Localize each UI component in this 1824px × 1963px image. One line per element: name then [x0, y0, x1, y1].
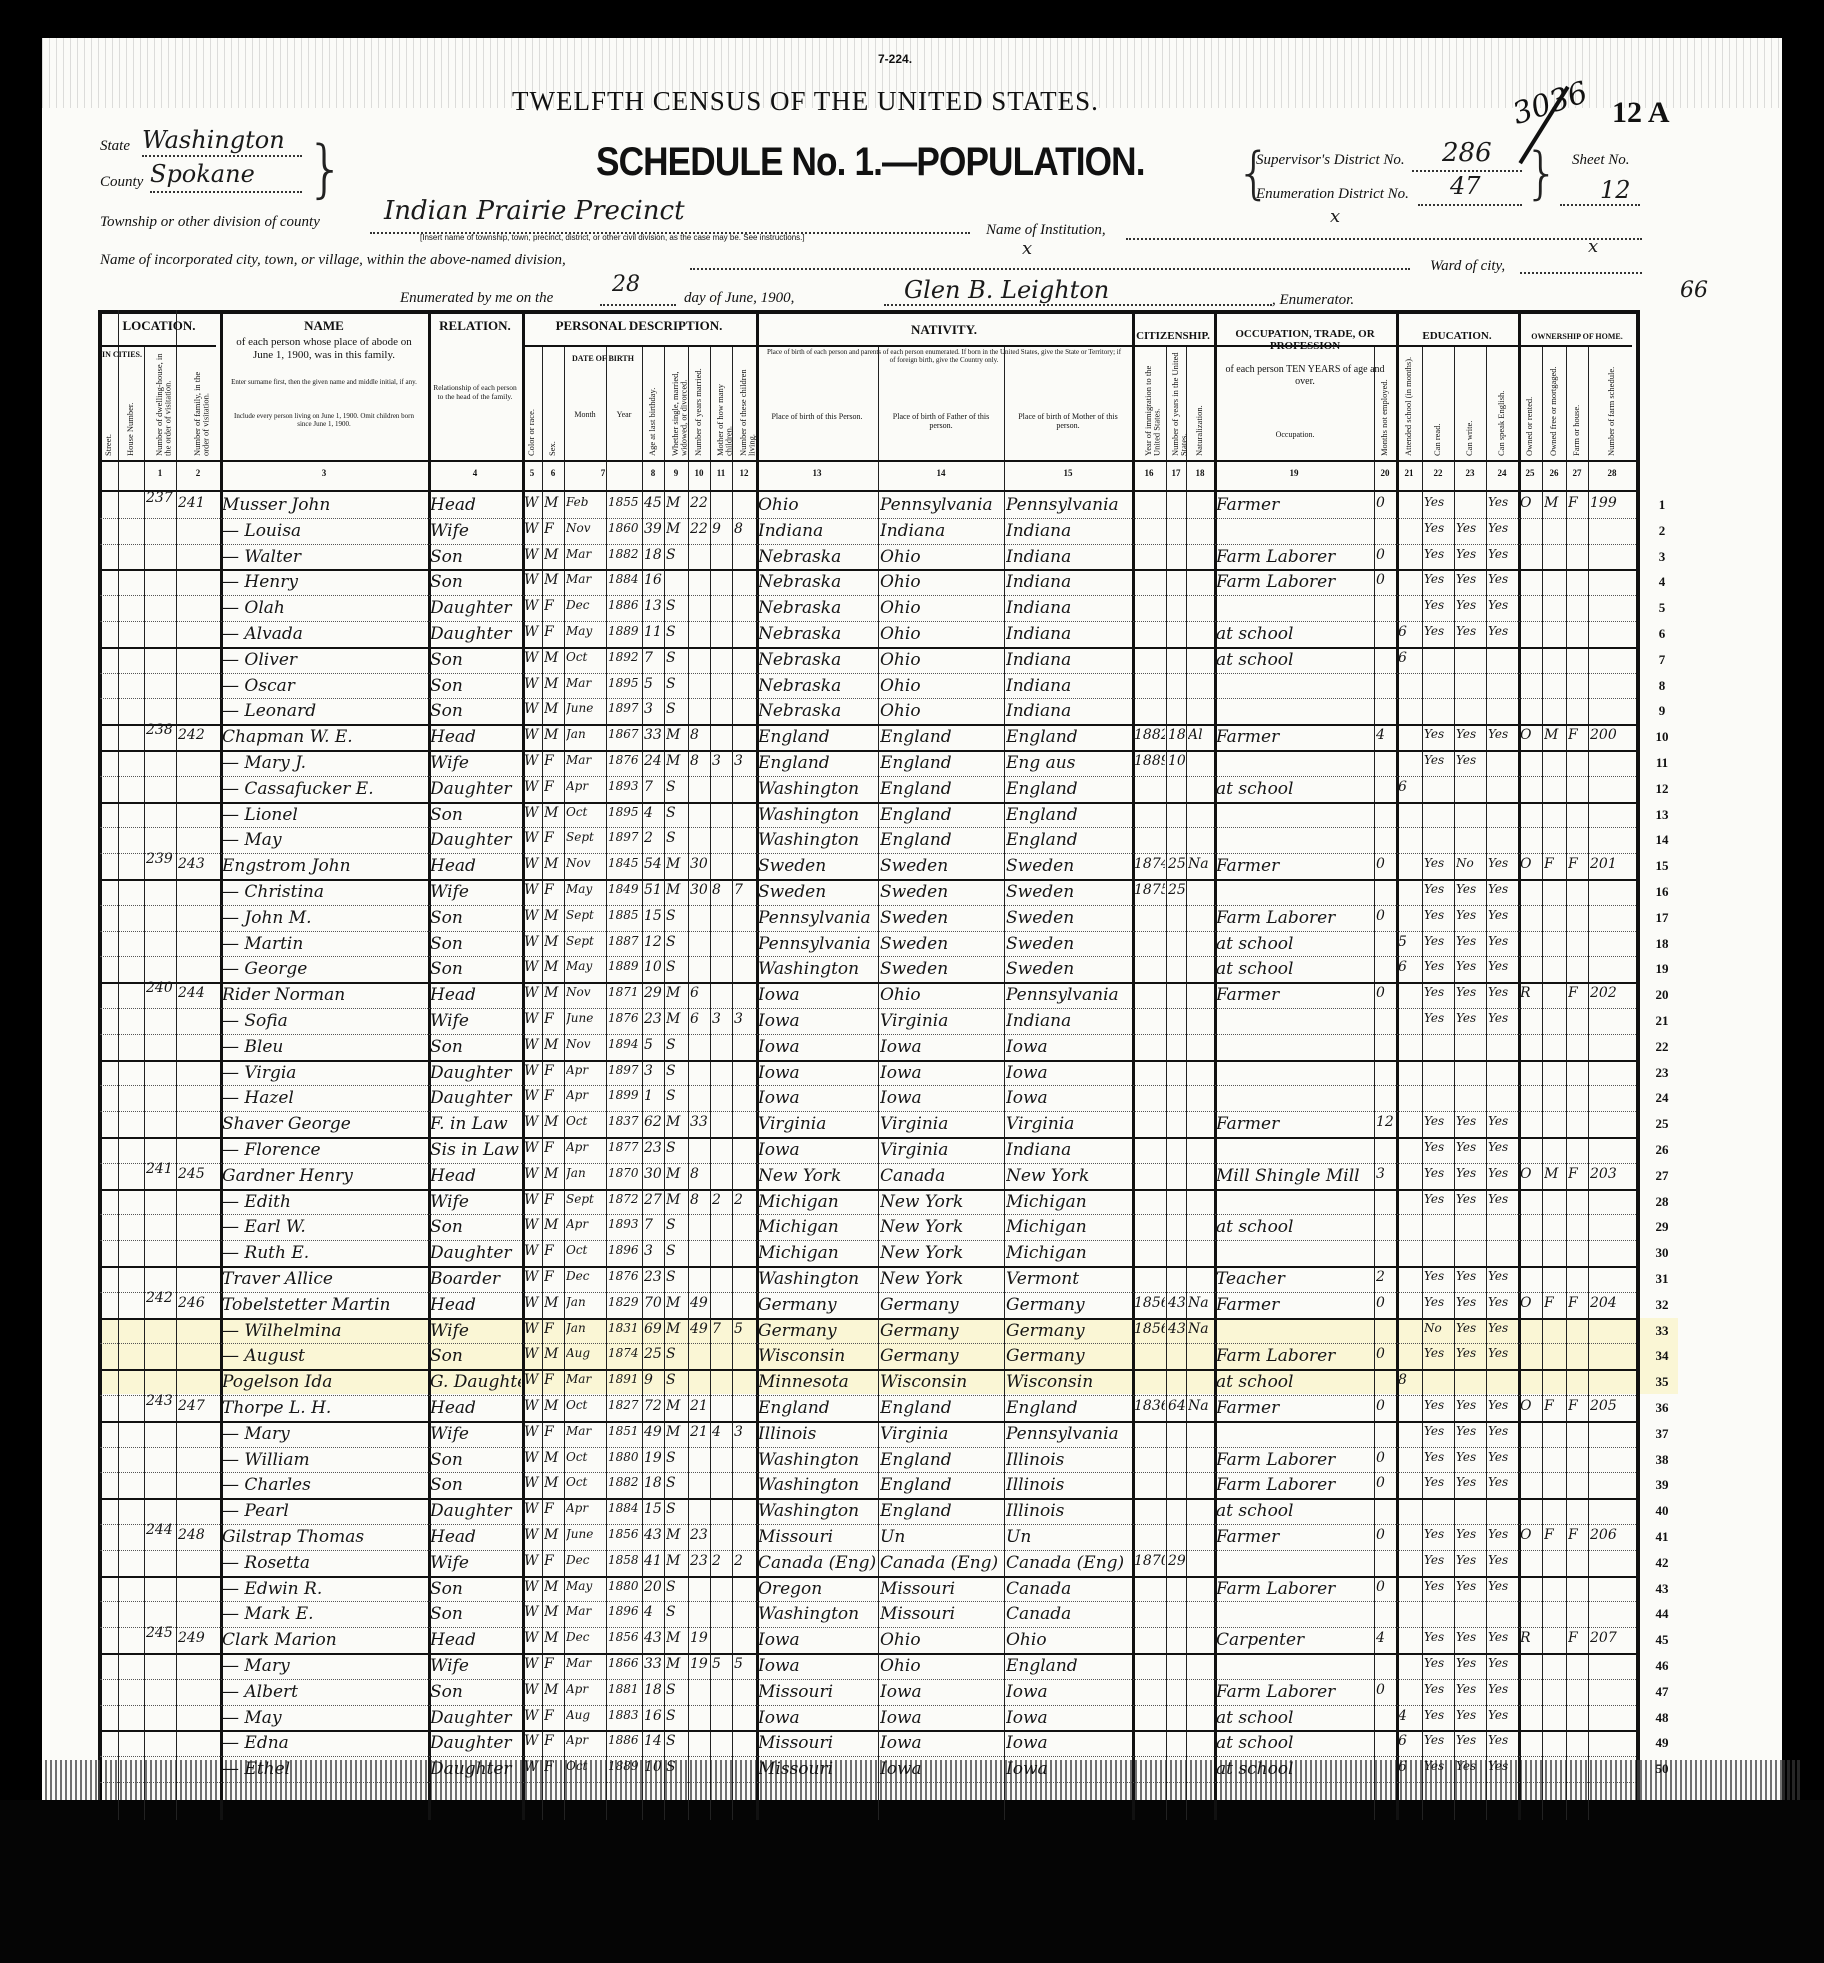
cell-name: Clark Marion: [222, 1630, 427, 1650]
cell-year: 1881: [608, 1682, 641, 1696]
cell-speak: Yes: [1488, 1424, 1517, 1438]
cell-read: Yes: [1424, 624, 1453, 638]
row-number: 34: [1650, 1348, 1674, 1364]
institution-line: [1126, 238, 1642, 240]
cell-year: 1872: [608, 1192, 641, 1206]
cell-write: Yes: [1456, 1475, 1485, 1489]
cell-read: Yes: [1424, 1424, 1453, 1438]
cell-sex: M: [544, 1217, 563, 1233]
cell-mar: M: [666, 1192, 687, 1208]
enumerated-label-2: day of June, 1900,: [684, 290, 794, 307]
cell-age: 3: [644, 701, 663, 717]
row-divider: [100, 802, 1636, 804]
cell-mu: 0: [1376, 1475, 1395, 1491]
cell-month: June: [566, 1527, 605, 1541]
cell-month: Feb: [566, 495, 605, 509]
cell-cl: 2: [734, 1553, 755, 1569]
cell-occ: Farmer: [1216, 1114, 1373, 1134]
cell-speak: Yes: [1488, 959, 1517, 973]
cell-color: W: [524, 1140, 541, 1156]
cell-rel: Boarder: [430, 1269, 521, 1289]
header-years-us: Number of years in the United States.: [1171, 352, 1188, 456]
cell-name: — Edith: [222, 1192, 427, 1212]
cell-write: Yes: [1456, 598, 1485, 612]
cell-color: W: [524, 908, 541, 924]
cell-write: Yes: [1456, 1321, 1485, 1335]
column-divider: [1422, 345, 1423, 1820]
cell-bf: Ohio: [880, 1630, 1003, 1650]
cell-bf: Ohio: [880, 547, 1003, 567]
cell-color: W: [524, 1037, 541, 1053]
row-number: 22: [1650, 1039, 1674, 1055]
cell-imm: 1875: [1134, 882, 1165, 898]
cell-free: F: [1544, 856, 1565, 872]
cell-speak: Yes: [1488, 1166, 1517, 1180]
cell-read: Yes: [1424, 1630, 1453, 1644]
cell-nat: Na: [1188, 1295, 1213, 1311]
cell-mu: 3: [1376, 1166, 1395, 1182]
cell-name: — Charles: [222, 1475, 427, 1495]
cell-year: 1845: [608, 856, 641, 870]
row-divider: [100, 1498, 1636, 1500]
cell-name: — Wilhelmina: [222, 1321, 427, 1341]
row-number: 30: [1650, 1245, 1674, 1261]
cell-write: Yes: [1456, 521, 1485, 535]
cell-name: — Ethel: [222, 1759, 427, 1779]
cell-speak: Yes: [1488, 521, 1517, 535]
cell-color: W: [524, 779, 541, 795]
cell-free: M: [1544, 1166, 1565, 1182]
cell-mar: M: [666, 1295, 687, 1311]
cell-speak: Yes: [1488, 547, 1517, 561]
cell-dw: 240: [146, 980, 175, 996]
cell-name: — Mary: [222, 1424, 427, 1444]
personal-divider: [522, 345, 756, 347]
column-number: 22: [1422, 468, 1454, 478]
cell-year: 1876: [608, 753, 641, 767]
row-number: 27: [1650, 1168, 1674, 1184]
cell-name: — Martin: [222, 934, 427, 954]
cell-year: 1892: [608, 650, 641, 664]
cell-bf: New York: [880, 1192, 1003, 1212]
cell-bf: Virginia: [880, 1424, 1003, 1444]
cell-month: Oct: [566, 1243, 605, 1257]
cell-bp: England: [758, 727, 877, 747]
enumerator-name: Glen B. Leighton: [904, 276, 1109, 304]
cell-rel: Head: [430, 1527, 521, 1547]
cell-color: W: [524, 701, 541, 717]
cell-color: W: [524, 1372, 541, 1388]
row-number: 31: [1650, 1271, 1674, 1287]
cell-bm: Indiana: [1006, 701, 1131, 721]
cell-name: — Sofia: [222, 1011, 427, 1031]
column-number: 1: [144, 468, 176, 478]
cell-year: 1894: [608, 1037, 641, 1051]
cell-moc: 2: [712, 1192, 731, 1208]
header-naturalization: Naturalization.: [1195, 352, 1204, 456]
cell-read: Yes: [1424, 1398, 1453, 1412]
row-divider: [100, 1369, 1636, 1371]
cell-sex: F: [544, 1140, 563, 1156]
township-hint: [Insert name of township, town, precinct…: [420, 233, 805, 242]
cell-bf: Iowa: [880, 1088, 1003, 1108]
cell-bm: Indiana: [1006, 1011, 1131, 1031]
cell-year: 1837: [608, 1114, 641, 1128]
cell-imm: 1856: [1134, 1321, 1165, 1337]
cell-year: 1891: [608, 1372, 641, 1386]
cell-fs: 200: [1590, 727, 1635, 743]
cell-sch: 6: [1398, 1759, 1421, 1775]
column-divider: [144, 345, 145, 1820]
cell-bp: Missouri: [758, 1682, 877, 1702]
header-birth-father: Place of birth of Father of this person.: [882, 412, 1000, 430]
cell-mar: S: [666, 1501, 687, 1517]
row-divider: [100, 1214, 1636, 1215]
cell-ym: 30: [690, 882, 709, 898]
header-citizenship: CITIZENSHIP.: [1132, 330, 1214, 342]
cell-read: Yes: [1424, 856, 1453, 870]
cell-yus: 25: [1168, 856, 1185, 872]
cell-rel: Daughter: [430, 1063, 521, 1083]
column-number: 3: [220, 468, 428, 478]
cell-color: W: [524, 753, 541, 769]
cell-bf: Ohio: [880, 624, 1003, 644]
cell-name: — May: [222, 830, 427, 850]
cell-read: Yes: [1424, 1450, 1453, 1464]
cell-age: 16: [644, 572, 663, 588]
cell-bp: Iowa: [758, 1011, 877, 1031]
row-divider: [100, 776, 1636, 777]
row-divider: [100, 1653, 1636, 1655]
margin-note: 66: [1680, 278, 1708, 303]
cell-sex: M: [544, 1630, 563, 1646]
cell-sex: F: [544, 521, 563, 537]
cell-imm: 1874: [1134, 856, 1165, 872]
brace-district-close: }: [1524, 146, 1560, 202]
cell-sex: M: [544, 856, 563, 872]
cell-sex: F: [544, 1553, 563, 1569]
cell-bm: Illinois: [1006, 1450, 1131, 1470]
row-divider: [100, 827, 1636, 828]
cell-mar: S: [666, 1346, 687, 1362]
cell-sex: F: [544, 1269, 563, 1285]
cell-bf: Missouri: [880, 1579, 1003, 1599]
cell-sex: M: [544, 1398, 563, 1414]
cell-ym: 49: [690, 1295, 709, 1311]
cell-mar: S: [666, 1372, 687, 1388]
cell-bp: Michigan: [758, 1217, 877, 1237]
cell-read: Yes: [1424, 521, 1453, 535]
row-divider: [100, 1111, 1636, 1112]
cell-year: 1896: [608, 1604, 641, 1618]
cell-rel: Son: [430, 1450, 521, 1470]
cell-read: Yes: [1424, 1011, 1453, 1025]
cell-rel: Son: [430, 1217, 521, 1237]
cell-sex: F: [544, 1011, 563, 1027]
cell-month: Aug: [566, 1708, 605, 1722]
cell-dw: 238: [146, 722, 175, 738]
cell-year: 1886: [608, 1733, 641, 1747]
cell-year: 1889: [608, 624, 641, 638]
row-number: 23: [1650, 1065, 1674, 1081]
row-number: 47: [1650, 1684, 1674, 1700]
row-divider: [100, 1550, 1636, 1551]
cell-speak: Yes: [1488, 1656, 1517, 1670]
cell-cl: 2: [734, 1192, 755, 1208]
header-sex: Sex.: [548, 352, 557, 456]
cell-moc: 3: [712, 753, 731, 769]
cell-occ: Farm Laborer: [1216, 1475, 1373, 1495]
cell-sex: F: [544, 1192, 563, 1208]
cell-mar: S: [666, 779, 687, 795]
cell-bp: Nebraska: [758, 650, 877, 670]
cell-month: Apr: [566, 1733, 605, 1747]
cell-bf: Ohio: [880, 1656, 1003, 1676]
enumerator-label: , Enumerator.: [1272, 292, 1354, 309]
cell-bm: Indiana: [1006, 1140, 1131, 1160]
cell-sch: 4: [1398, 1708, 1421, 1724]
cell-age: 45: [644, 495, 663, 511]
cell-bp: Missouri: [758, 1733, 877, 1753]
cell-month: Apr: [566, 1217, 605, 1231]
cell-ym: 8: [690, 727, 709, 743]
cell-color: W: [524, 1295, 541, 1311]
cell-write: Yes: [1456, 1011, 1485, 1025]
row-divider: [100, 1137, 1636, 1139]
cell-speak: Yes: [1488, 1140, 1517, 1154]
cell-read: Yes: [1424, 547, 1453, 561]
cell-write: Yes: [1456, 1450, 1485, 1464]
cell-occ: at school: [1216, 1501, 1373, 1521]
cell-bf: Iowa: [880, 1733, 1003, 1753]
cell-bf: Indiana: [880, 521, 1003, 541]
cell-occ: at school: [1216, 1759, 1373, 1779]
column-number: 7: [564, 468, 642, 478]
cell-mar: S: [666, 1579, 687, 1595]
cell-name: — Virgia: [222, 1063, 427, 1083]
cell-speak: Yes: [1488, 1733, 1517, 1747]
cell-speak: Yes: [1488, 1295, 1517, 1309]
row-number: 15: [1650, 858, 1674, 874]
column-number: 19: [1214, 468, 1374, 478]
cell-color: W: [524, 547, 541, 563]
header-personal: PERSONAL DESCRIPTION.: [522, 318, 756, 334]
cell-yus: 64: [1168, 1398, 1185, 1414]
cell-nat: Na: [1188, 1321, 1213, 1337]
row-divider: [100, 1008, 1636, 1009]
cell-bm: Indiana: [1006, 676, 1131, 696]
cell-nat: Na: [1188, 1398, 1213, 1414]
cell-color: W: [524, 1656, 541, 1672]
cell-name: — Alvada: [222, 624, 427, 644]
cell-color: W: [524, 727, 541, 743]
row-divider: [100, 1679, 1636, 1680]
cell-bm: Michigan: [1006, 1243, 1131, 1263]
cell-rel: Daughter: [430, 1501, 521, 1521]
row-number: 29: [1650, 1219, 1674, 1235]
cell-bp: Virginia: [758, 1114, 877, 1134]
cell-name: — Hazel: [222, 1088, 427, 1108]
row-divider: [100, 518, 1636, 519]
cell-color: W: [524, 1088, 541, 1104]
cell-year: 1899: [608, 1088, 641, 1102]
column-number: 17: [1166, 468, 1186, 478]
row-number: 16: [1650, 884, 1674, 900]
cell-bp: Iowa: [758, 1037, 877, 1057]
cell-color: W: [524, 1166, 541, 1182]
cell-age: 43: [644, 1527, 663, 1543]
cell-age: 62: [644, 1114, 663, 1130]
column-divider: [664, 345, 665, 1820]
cell-name: — Mary J.: [222, 753, 427, 773]
cell-month: Mar: [566, 676, 605, 690]
cell-bf: Ohio: [880, 676, 1003, 696]
cell-bm: Sweden: [1006, 856, 1131, 876]
cell-bm: Michigan: [1006, 1217, 1131, 1237]
cell-month: Apr: [566, 1501, 605, 1515]
cell-bf: New York: [880, 1243, 1003, 1263]
cell-ym: 19: [690, 1630, 709, 1646]
cell-year: 1882: [608, 547, 641, 561]
day-line: [600, 304, 676, 306]
cell-name: — George: [222, 959, 427, 979]
row-number: 40: [1650, 1503, 1674, 1519]
cell-color: W: [524, 1604, 541, 1620]
cell-mar: S: [666, 598, 687, 614]
cell-fam: 245: [178, 1166, 219, 1182]
cell-dw: 242: [146, 1290, 175, 1306]
cell-bp: Washington: [758, 1269, 877, 1289]
city-label: Name of incorporated city, town, or vill…: [100, 252, 566, 269]
cell-age: 3: [644, 1243, 663, 1259]
cell-free: F: [1544, 1527, 1565, 1543]
row-divider: [100, 1601, 1636, 1602]
cell-read: Yes: [1424, 1759, 1453, 1773]
cell-bp: Iowa: [758, 985, 877, 1005]
row-number: 33: [1650, 1323, 1674, 1339]
cell-bm: England: [1006, 1656, 1131, 1676]
cell-fam: 249: [178, 1630, 219, 1646]
ward-value: x: [1588, 236, 1598, 257]
cell-write: Yes: [1456, 727, 1485, 741]
cell-read: Yes: [1424, 1682, 1453, 1696]
row-number: 9: [1650, 703, 1674, 719]
cell-read: Yes: [1424, 882, 1453, 896]
cell-bm: Illinois: [1006, 1475, 1131, 1495]
cell-mar: S: [666, 624, 687, 640]
cell-moc: 8: [712, 882, 731, 898]
cell-rel: Son: [430, 1037, 521, 1057]
row-divider: [100, 1292, 1636, 1293]
cell-bm: Canada (Eng): [1006, 1553, 1131, 1573]
cell-nat: Na: [1188, 856, 1213, 872]
cell-rel: Son: [430, 1346, 521, 1366]
cell-occ: Farmer: [1216, 727, 1373, 747]
cell-mar: S: [666, 701, 687, 717]
row-divider: [100, 1627, 1636, 1628]
header-age: Age at last birthday.: [648, 352, 657, 456]
cell-mar: M: [666, 1114, 687, 1130]
cell-ym: 23: [690, 1527, 709, 1543]
row-number: 4: [1650, 574, 1674, 590]
cell-bm: Illinois: [1006, 1501, 1131, 1521]
cell-sex: F: [544, 1501, 563, 1517]
row-number: 2: [1650, 523, 1674, 539]
cell-year: 1849: [608, 882, 641, 896]
cell-sex: F: [544, 598, 563, 614]
cell-age: 23: [644, 1011, 663, 1027]
cell-fam: 242: [178, 727, 219, 743]
cell-bm: Indiana: [1006, 598, 1131, 618]
cell-month: June: [566, 701, 605, 715]
column-divider: [1454, 345, 1455, 1820]
cell-year: 1856: [608, 1527, 641, 1541]
header-dob: DATE OF BIRTH: [564, 354, 642, 363]
cell-rel: Wife: [430, 521, 521, 541]
cell-speak: Yes: [1488, 1759, 1517, 1773]
header-children-living: Number of these children living.: [739, 352, 756, 456]
township-value: Indian Prairie Precinct: [384, 196, 685, 226]
cell-bp: Washington: [758, 1450, 877, 1470]
cell-color: W: [524, 495, 541, 511]
cell-rel: Wife: [430, 753, 521, 773]
cell-occ: Farm Laborer: [1216, 1450, 1373, 1470]
cell-name: — Mary: [222, 1656, 427, 1676]
cell-mar: M: [666, 1166, 687, 1182]
cell-color: W: [524, 1630, 541, 1646]
header-education: EDUCATION.: [1396, 330, 1518, 342]
cell-bp: Canada (Eng): [758, 1553, 877, 1573]
cell-color: W: [524, 1733, 541, 1749]
cell-fs: 205: [1590, 1398, 1635, 1414]
cell-bm: Germany: [1006, 1295, 1131, 1315]
cell-bm: Iowa: [1006, 1063, 1131, 1083]
brace-left: }: [306, 138, 345, 200]
cell-bf: Iowa: [880, 1037, 1003, 1057]
cell-mu: 0: [1376, 1682, 1395, 1698]
cell-mar: S: [666, 934, 687, 950]
cell-fam: 247: [178, 1398, 219, 1414]
cell-bf: Iowa: [880, 1759, 1003, 1779]
cell-month: Jan: [566, 1321, 605, 1335]
row-divider: [100, 1730, 1636, 1732]
cell-bm: Iowa: [1006, 1708, 1131, 1728]
cell-ym: 6: [690, 1011, 709, 1027]
cell-age: 18: [644, 1475, 663, 1491]
cell-bf: Missouri: [880, 1604, 1003, 1624]
cell-bf: England: [880, 779, 1003, 799]
cell-fam: 241: [178, 495, 219, 511]
column-number: 26: [1542, 468, 1566, 478]
cell-speak: Yes: [1488, 1346, 1517, 1360]
cell-age: 72: [644, 1398, 663, 1414]
cell-year: 1889: [608, 959, 641, 973]
column-number: 28: [1588, 468, 1636, 478]
cell-occ: at school: [1216, 1372, 1373, 1392]
row-divider: [100, 595, 1636, 596]
cell-year: 1897: [608, 1063, 641, 1077]
cell-age: 3: [644, 1063, 663, 1079]
cell-sex: M: [544, 547, 563, 563]
cell-sch: 8: [1398, 1372, 1421, 1388]
cell-read: Yes: [1424, 1733, 1453, 1747]
cell-bm: Indiana: [1006, 624, 1131, 644]
cell-mu: 0: [1376, 1346, 1395, 1362]
cell-rel: Son: [430, 572, 521, 592]
cell-rel: Daughter: [430, 1243, 521, 1263]
cell-rel: Daughter: [430, 1733, 521, 1753]
cell-mar: M: [666, 495, 687, 511]
